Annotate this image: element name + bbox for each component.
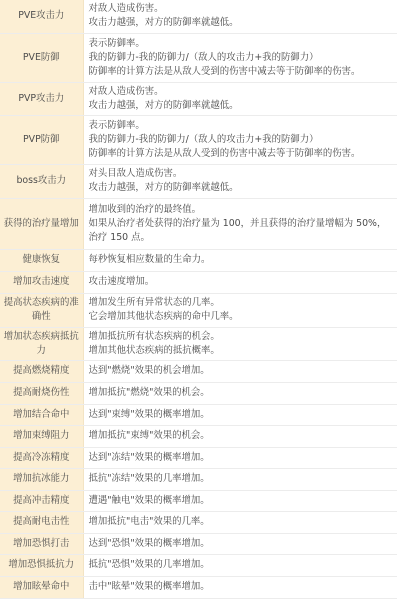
stat-description: 抵抗"冻结"效果的几率增加。 [83,468,397,490]
stat-description: 表示防御率。我的防御力-我的防御力/（敌人的攻击力+我的防御力）防御率的计算方法… [83,115,397,164]
stat-description: 增加抵抗"燃烧"效果的机会。 [83,382,397,404]
table-row: 增加眩晕命中击中"眩晕"效果的概率增加。 [0,576,397,598]
description-line: 达到"恐惧"效果的概率增加。 [89,537,394,551]
table-row: PVP防御表示防御率。我的防御力-我的防御力/（敌人的攻击力+我的防御力）防御率… [0,115,397,164]
description-line: 达到"燃烧"效果的机会增加。 [89,364,394,378]
table-row: 增加攻击速度攻击速度增加。 [0,271,397,293]
description-line: 增加抵抗所有状态疾病的机会。 [89,330,394,344]
description-line: 攻击力越强，对方的防御率就越低。 [89,99,394,113]
stat-description: 达到"燃烧"效果的机会增加。 [83,360,397,382]
table-row: 提高耐烧伤性增加抵抗"燃烧"效果的机会。 [0,382,397,404]
stat-name: boss攻击力 [0,164,83,198]
stat-description: 对敌人造成伤害。攻击力越强，对方的防御率就越低。 [83,0,397,33]
description-line: 防御率的计算方法是从敌人受到的伤害中减去等于防御率的伤害。 [89,147,394,161]
stat-description: 达到"恐惧"效果的概率增加。 [83,533,397,554]
description-line: 击中"眩晕"效果的概率增加。 [89,580,394,594]
stat-description: 增加抵抗"电击"效果的几率。 [83,511,397,533]
description-line: 增加发生所有异常状态的几率。 [89,296,394,310]
description-line: 攻击力越强，对方的防御率就越低。 [89,181,394,195]
description-line: 对敌人造成伤害。 [89,85,394,99]
description-line: 它会增加其他状态疾病的命中几率。 [89,310,394,324]
table-row: 提高耐电击性增加抵抗"电击"效果的几率。 [0,511,397,533]
stat-name: 提高耐烧伤性 [0,382,83,404]
description-line: 对头目敌人造成伤害。 [89,167,394,181]
description-line: 对敌人造成伤害。 [89,2,394,16]
description-line: 我的防御力-我的防御力/（敌人的攻击力+我的防御力） [89,51,394,65]
description-line: 增加收到的治疗的最终值。 [89,203,394,217]
description-line: 治疗 150 点。 [89,231,394,245]
table-row: 增加恐惧打击达到"恐惧"效果的概率增加。 [0,533,397,554]
stat-name: 提高冷冻精度 [0,447,83,468]
description-line: 达到"束缚"效果的概率增加。 [89,408,394,422]
stat-description: 对敌人造成伤害。攻击力越强，对方的防御率就越低。 [83,82,397,115]
stat-name: 提高燃烧精度 [0,360,83,382]
table-row: 提高状态疾病的准确性增加发生所有异常状态的几率。它会增加其他状态疾病的命中几率。 [0,293,397,327]
table-row: 增加束缚阻力增加抵抗"束缚"效果的机会。 [0,425,397,447]
stat-name: 提高耐电击性 [0,511,83,533]
stat-name: 增加束缚阻力 [0,425,83,447]
stat-name: 增加状态疾病抵抗力 [0,327,83,360]
stat-name: 增加恐惧打击 [0,533,83,554]
description-line: 表示防御率。 [89,119,394,133]
description-line: 如果从治疗者处获得的治疗量为 100，并且获得的治疗量增幅为 50%， [89,217,394,231]
description-line: 增加其他状态疾病的抵抗概率。 [89,344,394,358]
table-row: 增加状态疾病抵抗力增加抵抗所有状态疾病的机会。增加其他状态疾病的抵抗概率。 [0,327,397,360]
table-row: 提高冷冻精度达到"冻结"效果的概率增加。 [0,447,397,468]
stat-description: 表示防御率。我的防御力-我的防御力/（敌人的攻击力+我的防御力）防御率的计算方法… [83,33,397,82]
stat-name: 增加攻击速度 [0,271,83,293]
stat-description: 增加收到的治疗的最终值。如果从治疗者处获得的治疗量为 100，并且获得的治疗量增… [83,198,397,249]
stat-name: 增加结合命中 [0,404,83,425]
stat-description: 达到"束缚"效果的概率增加。 [83,404,397,425]
table-row: 增加结合命中达到"束缚"效果的概率增加。 [0,404,397,425]
table-row: boss攻击力对头目敌人造成伤害。攻击力越强，对方的防御率就越低。 [0,164,397,198]
stat-name: 获得的治疗量增加 [0,198,83,249]
stat-description: 对头目敌人造成伤害。攻击力越强，对方的防御率就越低。 [83,164,397,198]
stat-description: 增加发生所有异常状态的几率。它会增加其他状态疾病的命中几率。 [83,293,397,327]
description-line: 遭遇"触电"效果的概率增加。 [89,494,394,508]
stats-table-body: PVE攻击力对敌人造成伤害。攻击力越强，对方的防御率就越低。PVE防御表示防御率… [0,0,397,598]
description-line: 增加抵抗"燃烧"效果的机会。 [89,386,394,400]
stat-description: 增加抵抗"束缚"效果的机会。 [83,425,397,447]
description-line: 达到"冻结"效果的概率增加。 [89,451,394,465]
stat-name: 提高状态疾病的准确性 [0,293,83,327]
stat-name: PVE防御 [0,33,83,82]
stat-name: PVP防御 [0,115,83,164]
table-row: 增加抗冰能力抵抗"冻结"效果的几率增加。 [0,468,397,490]
stat-name: 增加抗冰能力 [0,468,83,490]
table-row: 健康恢复每秒恢复相应数量的生命力。 [0,249,397,271]
description-line: 增加抵抗"束缚"效果的机会。 [89,429,394,443]
table-row: 提高冲击精度遭遇"触电"效果的概率增加。 [0,490,397,511]
description-line: 抵抗"恐惧"效果的几率增加。 [89,558,394,572]
stat-name: PVP攻击力 [0,82,83,115]
stat-description: 抵抗"恐惧"效果的几率增加。 [83,554,397,576]
table-row: 增加恐惧抵抗力抵抗"恐惧"效果的几率增加。 [0,554,397,576]
description-line: 增加抵抗"电击"效果的几率。 [89,515,394,529]
table-row: 获得的治疗量增加增加收到的治疗的最终值。如果从治疗者处获得的治疗量为 100，并… [0,198,397,249]
stat-name: PVE攻击力 [0,0,83,33]
description-line: 我的防御力-我的防御力/（敌人的攻击力+我的防御力） [89,133,394,147]
stat-description: 每秒恢复相应数量的生命力。 [83,249,397,271]
stats-table: PVE攻击力对敌人造成伤害。攻击力越强，对方的防御率就越低。PVE防御表示防御率… [0,0,397,599]
description-line: 攻击速度增加。 [89,275,394,289]
table-row: PVE攻击力对敌人造成伤害。攻击力越强，对方的防御率就越低。 [0,0,397,33]
stat-description: 攻击速度增加。 [83,271,397,293]
stat-name: 增加恐惧抵抗力 [0,554,83,576]
table-row: PVP攻击力对敌人造成伤害。攻击力越强，对方的防御率就越低。 [0,82,397,115]
description-line: 攻击力越强，对方的防御率就越低。 [89,16,394,30]
description-line: 防御率的计算方法是从敌人受到的伤害中减去等于防御率的伤害。 [89,65,394,79]
table-row: 提高燃烧精度达到"燃烧"效果的机会增加。 [0,360,397,382]
description-line: 表示防御率。 [89,37,394,51]
stat-name: 健康恢复 [0,249,83,271]
stat-name: 增加眩晕命中 [0,576,83,598]
stat-description: 增加抵抗所有状态疾病的机会。增加其他状态疾病的抵抗概率。 [83,327,397,360]
stat-description: 击中"眩晕"效果的概率增加。 [83,576,397,598]
table-row: PVE防御表示防御率。我的防御力-我的防御力/（敌人的攻击力+我的防御力）防御率… [0,33,397,82]
stat-description: 达到"冻结"效果的概率增加。 [83,447,397,468]
stat-description: 遭遇"触电"效果的概率增加。 [83,490,397,511]
description-line: 抵抗"冻结"效果的几率增加。 [89,472,394,486]
description-line: 每秒恢复相应数量的生命力。 [89,253,394,267]
stat-name: 提高冲击精度 [0,490,83,511]
